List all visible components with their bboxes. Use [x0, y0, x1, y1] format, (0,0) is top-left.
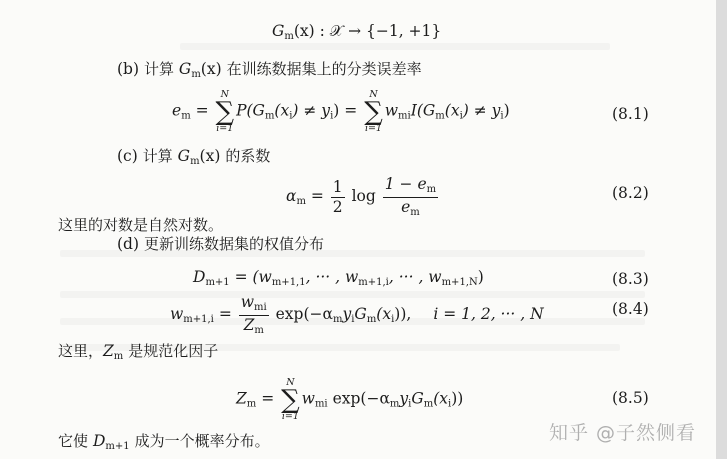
symbol: G [272, 22, 284, 40]
scanned-page: Gm(x) : 𝒳 → {−1, +1} (b) 计算 Gm(x) 在训练数据集… [0, 0, 716, 459]
symbol: Z [103, 342, 114, 360]
normalization-intro: 这里，Zm 是规范化因子 [58, 344, 218, 362]
equals: = [214, 305, 237, 323]
symbol: G [178, 147, 190, 165]
arg: (x) [294, 22, 315, 40]
lower-limit: i=1 [365, 124, 382, 134]
subscript: m+1,1 [272, 277, 306, 288]
term: G [411, 390, 423, 408]
subscript: m [424, 399, 433, 410]
subscript: m+1,i [183, 314, 214, 325]
step-label: (c) [117, 147, 138, 165]
symbol: D [93, 432, 105, 450]
arg: (x) [201, 60, 222, 78]
text: 在训练数据集上的分类误差率 [227, 60, 422, 78]
subscript: mi [254, 302, 267, 313]
term: y [342, 305, 351, 323]
symbol: α [286, 187, 296, 205]
term: P(G [236, 102, 265, 120]
arrow: → [343, 22, 366, 40]
zhihu-watermark: 知乎 @子然侧看 [549, 418, 696, 445]
term: ) ≠ y [463, 102, 501, 120]
subscript: m [114, 351, 123, 362]
bleed-through [180, 43, 610, 50]
text: 的系数 [225, 147, 270, 165]
fraction: wmiZm [239, 294, 269, 336]
subscript: mi [398, 111, 411, 122]
term: = (w [230, 268, 272, 286]
equation-8-4: wm+1,i = wmiZm exp(−αmyiGm(xi)),i = 1, 2… [170, 294, 544, 336]
term: e [401, 198, 410, 216]
term: (x [274, 102, 289, 120]
sigma-icon: ∑ [281, 388, 300, 412]
subscript: m [427, 184, 436, 195]
term: (x [376, 305, 391, 323]
subscript: m [190, 156, 199, 167]
equals: = [191, 102, 214, 120]
term: 1 − e [385, 175, 427, 193]
equals: = [339, 102, 362, 120]
equation-8-5: Zm = N∑i=1wmi exp(−αmyiGm(xi)) [236, 378, 463, 421]
domain: 𝒳 [330, 22, 343, 40]
step-b: (b) 计算 Gm(x) 在训练数据集上的分类误差率 [117, 62, 422, 80]
text: 计算 [143, 147, 173, 165]
colon: : [315, 22, 330, 40]
denominator: Zm [244, 316, 264, 337]
equation-8-3: Dm+1 = (wm+1,1, ··· , wm+1,i, ··· , wm+1… [193, 270, 484, 288]
summation: N∑i=1 [281, 378, 300, 421]
sigma-icon: ∑ [364, 100, 383, 124]
term: I(G [411, 102, 436, 120]
term: , ··· , w [389, 268, 442, 286]
symbol: w [170, 305, 183, 323]
summation: N∑i=1 [364, 90, 383, 133]
equation-number: (8.2) [612, 184, 649, 202]
text: 更新训练数据集的权值分布 [144, 235, 324, 253]
symbol: D [193, 268, 205, 286]
subscript: m+1,N [442, 277, 478, 288]
fraction: 1 − emem [383, 176, 438, 218]
arg: (x) [200, 147, 221, 165]
classifier-definition: Gm(x) : 𝒳 → {−1, +1} [272, 24, 441, 42]
term: ) ≠ y [292, 102, 330, 120]
paren: ) [504, 102, 510, 120]
term: w [302, 390, 315, 408]
equation-number: (8.5) [612, 389, 649, 407]
symbol: G [179, 60, 191, 78]
summation: N∑i=1 [216, 90, 235, 133]
subscript: m [410, 207, 419, 218]
subscript: m [247, 399, 256, 410]
closing-sentence: 它使 Dm+1 成为一个概率分布。 [58, 434, 270, 452]
paren: )) [451, 390, 463, 408]
term: w [241, 293, 254, 311]
step-label: (d) [117, 235, 139, 253]
subscript: m [390, 399, 399, 410]
equals: = [306, 187, 329, 205]
fraction-half: 12 [331, 179, 345, 215]
subscript: m [181, 111, 190, 122]
lower-limit: i=1 [216, 124, 233, 134]
lower-limit: i=1 [282, 412, 299, 422]
equation-8-2: αm = 12 log 1 − emem [286, 176, 440, 218]
natural-log-note: 这里的对数是自然对数。 [58, 218, 223, 233]
exp: exp(−α [328, 390, 390, 408]
subscript: m [435, 111, 444, 122]
term: G [354, 305, 366, 323]
subscript: m [254, 325, 263, 336]
subscript: m [367, 314, 376, 325]
term: w [385, 102, 398, 120]
log: log [347, 187, 381, 205]
subscript: m [265, 111, 274, 122]
numerator: 1 − em [383, 176, 438, 198]
text: 计算 [144, 60, 174, 78]
equals: = [256, 390, 279, 408]
text: 成为一个概率分布。 [135, 432, 270, 450]
subscript: m+1,i [358, 277, 389, 288]
subscript: mi [315, 399, 328, 410]
codomain: {−1, +1} [366, 22, 441, 40]
subscript: m [296, 196, 305, 207]
paren: ) [478, 268, 484, 286]
text: 它使 [58, 432, 88, 450]
step-label: (b) [117, 60, 139, 78]
equation-number: (8.1) [612, 105, 649, 123]
term: (x [433, 390, 448, 408]
text: 是规范化因子 [128, 342, 218, 360]
term: y [399, 390, 408, 408]
subscript: m [284, 31, 293, 42]
denominator: 2 [333, 198, 343, 215]
term: Z [244, 316, 255, 334]
symbol: e [172, 102, 181, 120]
step-d: (d) 更新训练数据集的权值分布 [117, 237, 324, 253]
paren: )), [394, 305, 411, 323]
subscript: m [191, 69, 200, 80]
equation-8-1: em = N∑i=1P(Gm(xi) ≠ yi) = N∑i=1wmiI(Gm(… [172, 90, 510, 133]
numerator: 1 [331, 179, 345, 197]
symbol: Z [236, 390, 247, 408]
subscript: m+1 [105, 441, 129, 452]
term: (x [445, 102, 460, 120]
index-range: i = 1, 2, ··· , N [433, 305, 543, 323]
page-edge [716, 0, 727, 459]
text: 这里， [58, 342, 103, 360]
equation-number: (8.4) [612, 300, 649, 318]
numerator: wmi [239, 294, 269, 316]
denominator: em [401, 198, 420, 219]
equation-number: (8.3) [612, 270, 649, 288]
subscript: m+1 [205, 277, 229, 288]
step-c: (c) 计算 Gm(x) 的系数 [117, 149, 270, 167]
exp: exp(−α [271, 305, 333, 323]
term: , ··· , w [306, 268, 359, 286]
sigma-icon: ∑ [216, 100, 235, 124]
